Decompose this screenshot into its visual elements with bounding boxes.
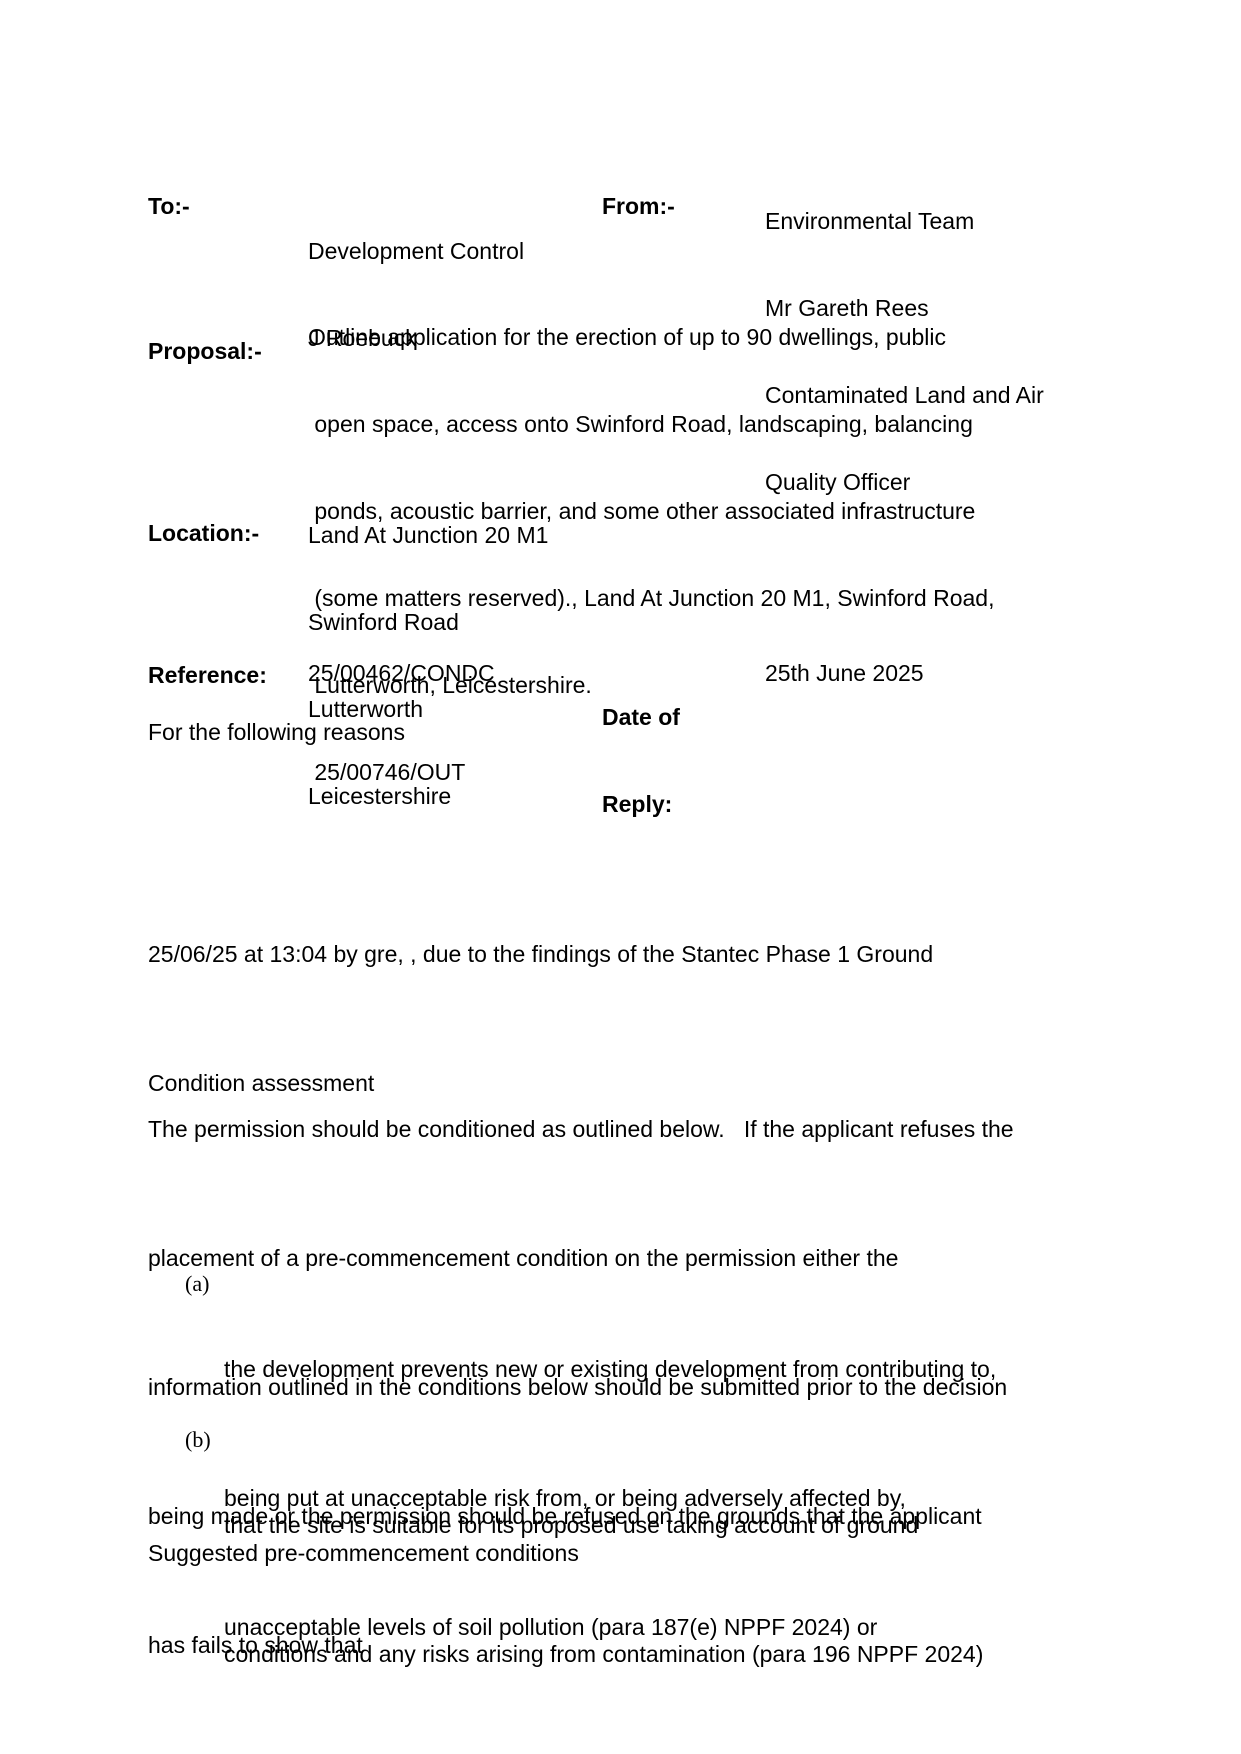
date-of-reply-label: Date of Reply: — [602, 645, 680, 848]
location-line: Swinford Road — [308, 608, 548, 637]
paragraph-line: The permission should be conditioned as … — [148, 1108, 1014, 1151]
date-of-reply-value: 25th June 2025 — [765, 659, 924, 688]
to-label: To:- — [148, 193, 190, 220]
proposal-line: open space, access onto Swinford Road, l… — [308, 410, 995, 439]
list-line: the development prevents new or existing… — [224, 1348, 996, 1391]
reference-label: Reference: — [148, 662, 267, 689]
list-marker: (a) — [185, 1262, 209, 1305]
to-line: Development Control — [308, 237, 524, 266]
list-marker: (b) — [185, 1418, 211, 1461]
date-label-line: Date of — [602, 703, 680, 732]
from-label: From:- — [602, 193, 675, 220]
list-line: conditions and any risks arising from co… — [224, 1633, 983, 1676]
location-label: Location:- — [148, 520, 259, 547]
proposal-label: Proposal:- — [148, 338, 262, 365]
reference-value: 25/00462/CONDC — [308, 659, 495, 688]
location-line: Leicestershire — [308, 782, 548, 811]
reasons-intro: For the following reasons — [148, 718, 405, 747]
proposal-line: Outline application for the erection of … — [308, 323, 995, 352]
date-label-line: Reply: — [602, 790, 680, 819]
note-line: 25/06/25 at 13:04 by gre, , due to the f… — [148, 933, 933, 976]
location-address: Land At Junction 20 M1 Swinford Road Lut… — [308, 463, 548, 840]
location-line: Land At Junction 20 M1 — [308, 521, 548, 550]
suggested-conditions-heading: Suggested pre-commencement conditions — [148, 1532, 579, 1575]
from-line: Environmental Team — [765, 207, 1044, 236]
